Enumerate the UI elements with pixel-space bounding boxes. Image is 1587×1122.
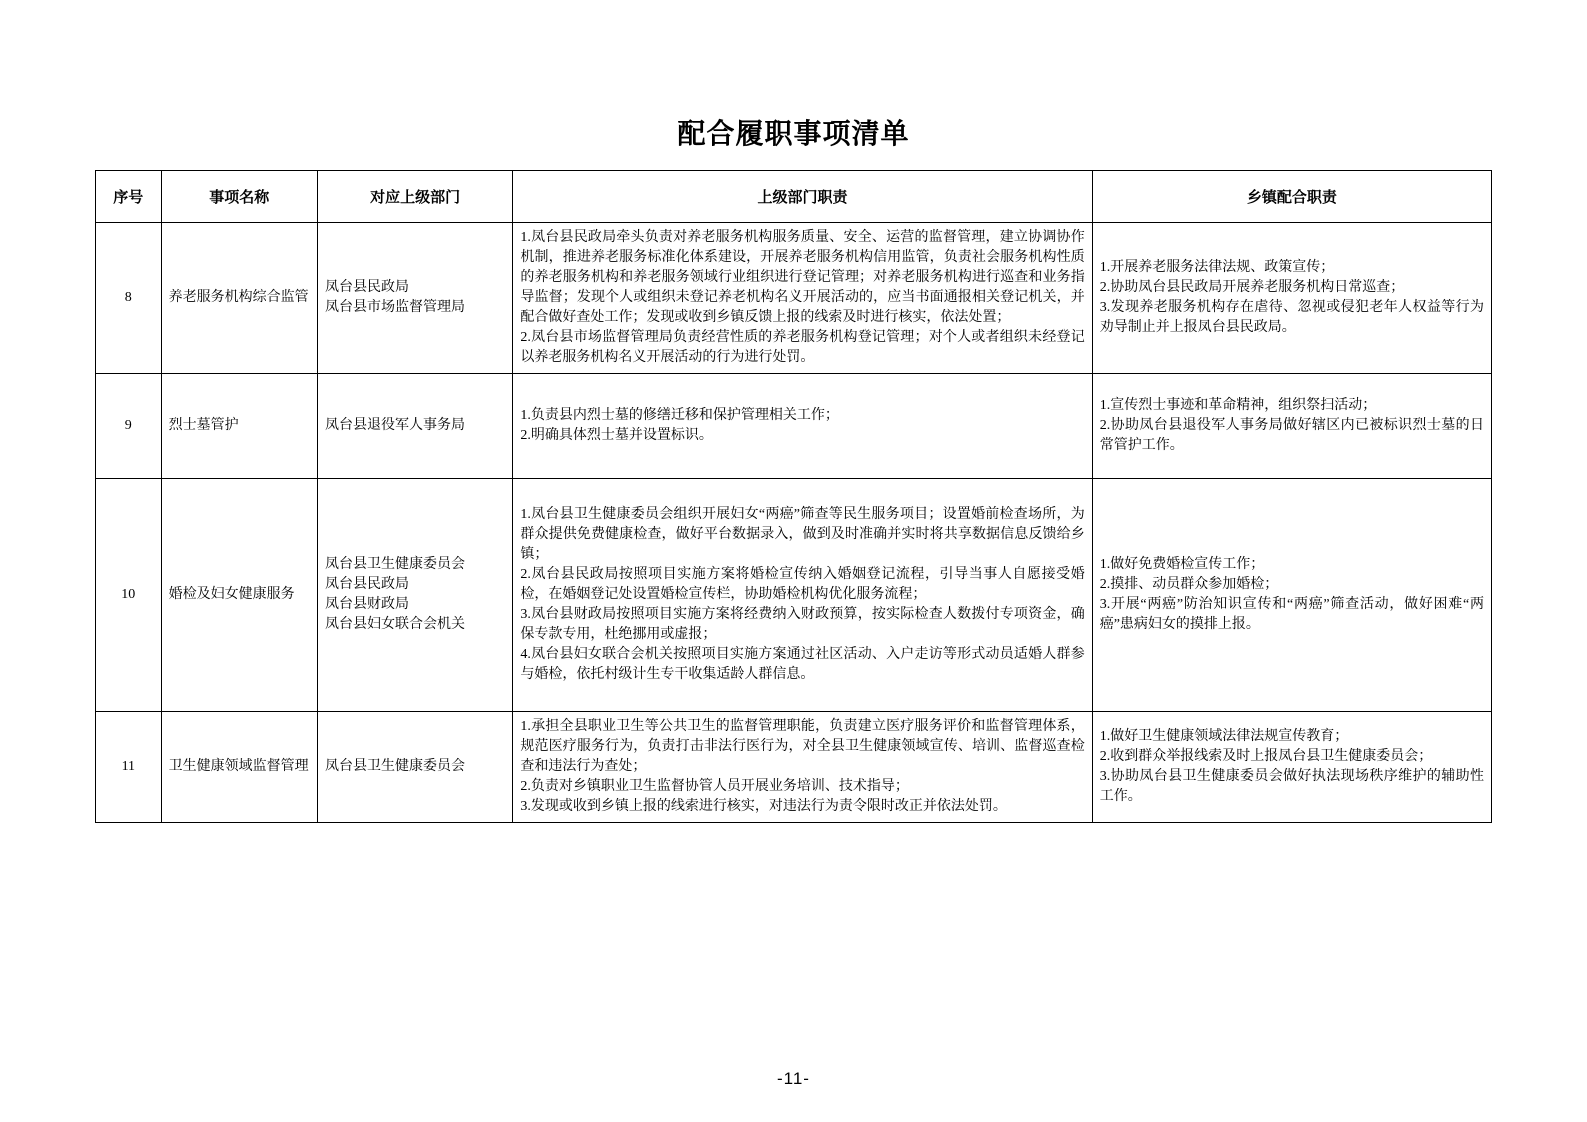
department-line: 凤台县财政局	[325, 595, 505, 615]
township-duty-line: 2.摸排、动员群众参加婚检；	[1100, 575, 1484, 595]
township-duty-line: 1.开展养老服务法律法规、政策宣传；	[1100, 258, 1484, 278]
header-item-name: 事项名称	[161, 171, 317, 223]
superior-duties-cell: 1.负责县内烈士墓的修缮迁移和保护管理相关工作；2.明确具体烈士墓并设置标识。	[513, 374, 1092, 479]
superior-duty-line: 1.承担全县职业卫生等公共卫生的监督管理职能，负责建立医疗服务评价和监督管理体系…	[520, 717, 1084, 777]
superior-duties-cell: 1.凤台县卫生健康委员会组织开展妇女“两癌”筛查等民生服务项目；设置婚前检查场所…	[513, 479, 1092, 712]
department-line: 凤台县卫生健康委员会	[325, 757, 505, 777]
township-duties-cell: 1.做好卫生健康领域法律法规宣传教育；2.收到群众举报线索及时上报凤台县卫生健康…	[1092, 712, 1491, 823]
departments-cell: 凤台县民政局凤台县市场监督管理局	[317, 223, 512, 374]
superior-duty-line: 1.凤台县民政局牵头负责对养老服务机构服务质量、安全、运营的监督管理，建立协调协…	[520, 228, 1084, 328]
township-duty-line: 3.发现养老服务机构存在虐待、忽视或侵犯老年人权益等行为劝导制止并上报凤台县民政…	[1100, 298, 1484, 338]
superior-duty-line: 1.凤台县卫生健康委员会组织开展妇女“两癌”筛查等民生服务项目；设置婚前检查场所…	[520, 505, 1084, 565]
table-header-row: 序号 事项名称 对应上级部门 上级部门职责 乡镇配合职责	[96, 171, 1492, 223]
superior-duty-line: 3.凤台县财政局按照项目实施方案将经费纳入财政预算，按实际检查人数拨付专项资金，…	[520, 605, 1084, 645]
page-number: -11-	[0, 1069, 1587, 1089]
item-name-cell: 养老服务机构综合监管	[161, 223, 317, 374]
document-page: 配合履职事项清单 序号 事项名称 对应上级部门 上级部门职责 乡镇配合职责 8 …	[0, 0, 1587, 1122]
header-serial-number: 序号	[96, 171, 162, 223]
department-line: 凤台县市场监督管理局	[325, 298, 505, 318]
superior-duties-cell: 1.凤台县民政局牵头负责对养老服务机构服务质量、安全、运营的监督管理，建立协调协…	[513, 223, 1092, 374]
township-duties-cell: 1.做好免费婚检宣传工作；2.摸排、动员群众参加婚检；3.开展“两癌”防治知识宣…	[1092, 479, 1491, 712]
row-number-cell: 11	[96, 712, 162, 823]
item-name-cell: 烈士墓管护	[161, 374, 317, 479]
table-row: 8 养老服务机构综合监管 凤台县民政局凤台县市场监督管理局 1.凤台县民政局牵头…	[96, 223, 1492, 374]
table-row: 10 婚检及妇女健康服务 凤台县卫生健康委员会凤台县民政局凤台县财政局凤台县妇女…	[96, 479, 1492, 712]
department-line: 凤台县民政局	[325, 278, 505, 298]
superior-duty-line: 1.负责县内烈士墓的修缮迁移和保护管理相关工作；	[520, 406, 1084, 426]
item-name-cell: 婚检及妇女健康服务	[161, 479, 317, 712]
row-number-cell: 10	[96, 479, 162, 712]
header-township-duties: 乡镇配合职责	[1092, 171, 1491, 223]
township-duty-line: 2.收到群众举报线索及时上报凤台县卫生健康委员会；	[1100, 747, 1484, 767]
township-duty-line: 1.宣传烈士事迹和革命精神，组织祭扫活动；	[1100, 396, 1484, 416]
township-duties-cell: 1.开展养老服务法律法规、政策宣传；2.协助凤台县民政局开展养老服务机构日常巡查…	[1092, 223, 1491, 374]
township-duty-line: 3.开展“两癌”防治知识宣传和“两癌”筛查活动，做好困难“两癌”患病妇女的摸排上…	[1100, 595, 1484, 635]
township-duties-cell: 1.宣传烈士事迹和革命精神，组织祭扫活动；2.协助凤台县退役军人事务局做好辖区内…	[1092, 374, 1491, 479]
township-duty-line: 1.做好免费婚检宣传工作；	[1100, 555, 1484, 575]
township-duty-line: 3.协助凤台县卫生健康委员会做好执法现场秩序维护的辅助性工作。	[1100, 767, 1484, 807]
page-title: 配合履职事项清单	[0, 112, 1587, 152]
table-row: 9 烈士墓管护 凤台县退役军人事务局 1.负责县内烈士墓的修缮迁移和保护管理相关…	[96, 374, 1492, 479]
superior-duty-line: 2.凤台县民政局按照项目实施方案将婚检宣传纳入婚姻登记流程，引导当事人自愿接受婚…	[520, 565, 1084, 605]
superior-duties-cell: 1.承担全县职业卫生等公共卫生的监督管理职能，负责建立医疗服务评价和监督管理体系…	[513, 712, 1092, 823]
table-body: 8 养老服务机构综合监管 凤台县民政局凤台县市场监督管理局 1.凤台县民政局牵头…	[96, 223, 1492, 823]
township-duty-line: 2.协助凤台县退役军人事务局做好辖区内已被标识烈士墓的日常管护工作。	[1100, 416, 1484, 456]
row-number-cell: 9	[96, 374, 162, 479]
duty-table: 序号 事项名称 对应上级部门 上级部门职责 乡镇配合职责 8 养老服务机构综合监…	[95, 170, 1492, 823]
row-number-cell: 8	[96, 223, 162, 374]
departments-cell: 凤台县卫生健康委员会	[317, 712, 512, 823]
header-superior-department: 对应上级部门	[317, 171, 512, 223]
superior-duty-line: 2.凤台县市场监督管理局负责经营性质的养老服务机构登记管理；对个人或者组织未经登…	[520, 328, 1084, 368]
department-line: 凤台县退役军人事务局	[325, 416, 505, 436]
departments-cell: 凤台县卫生健康委员会凤台县民政局凤台县财政局凤台县妇女联合会机关	[317, 479, 512, 712]
table-row: 11 卫生健康领域监督管理 凤台县卫生健康委员会 1.承担全县职业卫生等公共卫生…	[96, 712, 1492, 823]
department-line: 凤台县民政局	[325, 575, 505, 595]
departments-cell: 凤台县退役军人事务局	[317, 374, 512, 479]
township-duty-line: 2.协助凤台县民政局开展养老服务机构日常巡查；	[1100, 278, 1484, 298]
superior-duty-line: 2.明确具体烈士墓并设置标识。	[520, 426, 1084, 446]
department-line: 凤台县妇女联合会机关	[325, 615, 505, 635]
item-name-cell: 卫生健康领域监督管理	[161, 712, 317, 823]
superior-duty-line: 3.发现或收到乡镇上报的线索进行核实，对违法行为责令限时改正并依法处罚。	[520, 797, 1084, 817]
township-duty-line: 1.做好卫生健康领域法律法规宣传教育；	[1100, 727, 1484, 747]
superior-duty-line: 4.凤台县妇女联合会机关按照项目实施方案通过社区活动、入户走访等形式动员适婚人群…	[520, 645, 1084, 685]
superior-duty-line: 2.负责对乡镇职业卫生监督协管人员开展业务培训、技术指导；	[520, 777, 1084, 797]
department-line: 凤台县卫生健康委员会	[325, 555, 505, 575]
header-superior-duties: 上级部门职责	[513, 171, 1092, 223]
